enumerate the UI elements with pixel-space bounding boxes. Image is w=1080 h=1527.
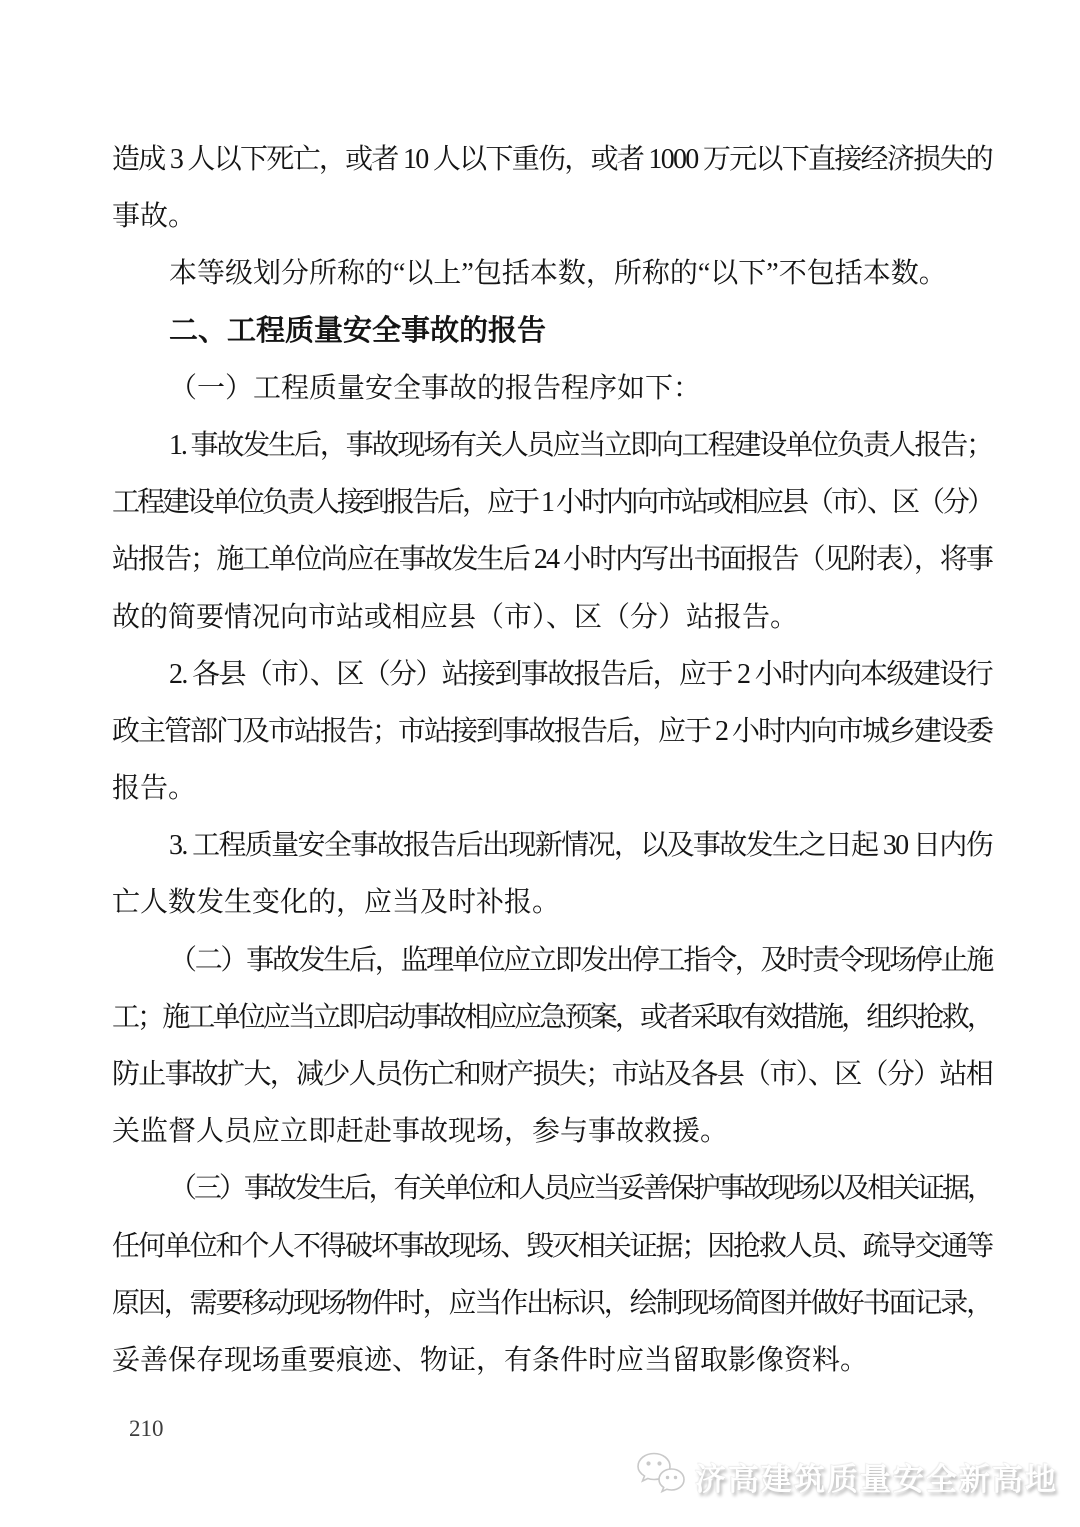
text-line: 关监督人员应立即赶赴事故现场，参与事故救援。 — [112, 1103, 992, 1160]
text-line: 造成 3 人以下死亡，或者 10 人以下重伤，或者 1000 万元以下直接经济损… — [112, 131, 992, 188]
section-heading: 二、工程质量安全事故的报告 — [112, 303, 992, 360]
text-line: 2. 各县（市）、区（分）站接到事故报告后，应于 2 小时内向本级建设行 — [112, 646, 992, 703]
line-text: （二）事故发生后，监理单位应立即发出停工指令，及时责令现场停止施 — [169, 945, 992, 976]
line-text: 工；施工单位应当立即启动事故相应应急预案，或者采取有效措施，组织抢救， — [112, 1002, 992, 1033]
text-line: 工；施工单位应当立即启动事故相应应急预案，或者采取有效措施，组织抢救， — [112, 989, 992, 1046]
line-text: 政主管部门及市站报告；市站接到事故报告后，应于 2 小时内向市城乡建设委 — [112, 716, 992, 747]
text-line: （二）事故发生后，监理单位应立即发出停工指令，及时责令现场停止施 — [112, 932, 992, 989]
line-text: 亡人数发生变化的，应当及时补报。 — [112, 887, 560, 918]
text-line: 站报告；施工单位尚应在事故发生后 24 小时内写出书面报告（见附表），将事 — [112, 531, 992, 588]
line-text: 故的简要情况向市站或相应县（市）、区（分）站报告。 — [112, 602, 798, 633]
line-text: 本等级划分所称的“以上”包括本数，所称的“以下”不包括本数。 — [169, 258, 947, 289]
text-line: 1. 事故发生后，事故现场有关人员应当立即向工程建设单位负责人报告； — [112, 417, 992, 474]
watermark: 济高建筑质量安全新高地 — [634, 1450, 1058, 1503]
text-line: （三）事故发生后，有关单位和人员应当妥善保护事故现场以及相关证据， — [112, 1160, 992, 1217]
text-line: 本等级划分所称的“以上”包括本数，所称的“以下”不包括本数。 — [112, 245, 992, 302]
line-text: 报告。 — [112, 773, 196, 804]
text-line: 报告。 — [112, 760, 992, 817]
line-text: 关监督人员应立即赶赴事故现场，参与事故救援。 — [112, 1116, 728, 1147]
text-line: 事故。 — [112, 188, 992, 245]
text-line: （一）工程质量安全事故的报告程序如下： — [112, 360, 992, 417]
line-text: 站报告；施工单位尚应在事故发生后 24 小时内写出书面报告（见附表），将事 — [112, 544, 992, 575]
line-text: 事故。 — [112, 201, 196, 232]
text-line: 3. 工程质量安全事故报告后出现新情况，以及事故发生之日起 30 日内伤 — [112, 817, 992, 874]
line-text: 工程建设单位负责人接到报告后，应于 1 小时内向市站或相应县（市）、区（分） — [112, 487, 992, 518]
line-text: 3. 工程质量安全事故报告后出现新情况，以及事故发生之日起 30 日内伤 — [169, 830, 992, 861]
text-line: 故的简要情况向市站或相应县（市）、区（分）站报告。 — [112, 589, 992, 646]
wechat-icon — [634, 1450, 688, 1503]
heading-text: 二、工程质量安全事故的报告 — [169, 315, 546, 347]
line-text: 原因，需要移动现场物件时，应当作出标识，绘制现场简图并做好书面记录， — [112, 1288, 992, 1319]
line-text: 2. 各县（市）、区（分）站接到事故报告后，应于 2 小时内向本级建设行 — [169, 659, 992, 690]
watermark-text: 济高建筑质量安全新高地 — [695, 1454, 1058, 1499]
text-line: 妥善保存现场重要痕迹、物证，有条件时应当留取影像资料。 — [112, 1332, 992, 1389]
line-text: 造成 3 人以下死亡，或者 10 人以下重伤，或者 1000 万元以下直接经济损… — [112, 144, 992, 175]
text-line: 工程建设单位负责人接到报告后，应于 1 小时内向市站或相应县（市）、区（分） — [112, 474, 992, 531]
line-text: 任何单位和个人不得破坏事故现场、毁灭相关证据；因抢救人员、疏导交通等 — [112, 1231, 992, 1262]
page-number: 210 — [129, 1414, 164, 1444]
document-body: 造成 3 人以下死亡，或者 10 人以下重伤，或者 1000 万元以下直接经济损… — [112, 131, 992, 1389]
text-line: 政主管部门及市站报告；市站接到事故报告后，应于 2 小时内向市城乡建设委 — [112, 703, 992, 760]
document-page: 造成 3 人以下死亡，或者 10 人以下重伤，或者 1000 万元以下直接经济损… — [0, 0, 1080, 1527]
text-line: 原因，需要移动现场物件时，应当作出标识，绘制现场简图并做好书面记录， — [112, 1275, 992, 1332]
text-line: 任何单位和个人不得破坏事故现场、毁灭相关证据；因抢救人员、疏导交通等 — [112, 1218, 992, 1275]
text-line: 防止事故扩大，减少人员伤亡和财产损失；市站及各县（市）、区（分）站相 — [112, 1046, 992, 1103]
line-text: （一）工程质量安全事故的报告程序如下： — [169, 373, 701, 404]
line-text: 妥善保存现场重要痕迹、物证，有条件时应当留取影像资料。 — [112, 1345, 868, 1376]
line-text: 防止事故扩大，减少人员伤亡和财产损失；市站及各县（市）、区（分）站相 — [112, 1059, 992, 1090]
text-line: 亡人数发生变化的，应当及时补报。 — [112, 874, 992, 931]
line-text: 1. 事故发生后，事故现场有关人员应当立即向工程建设单位负责人报告； — [169, 430, 992, 461]
line-text: （三）事故发生后，有关单位和人员应当妥善保护事故现场以及相关证据， — [169, 1173, 992, 1204]
